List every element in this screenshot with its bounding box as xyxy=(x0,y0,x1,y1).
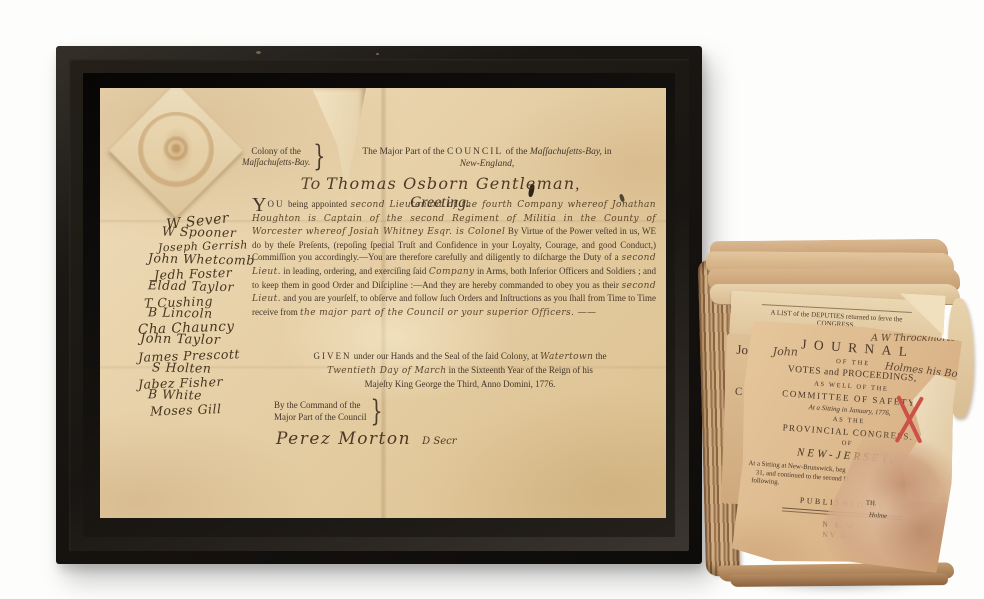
text-segment-print: in xyxy=(602,147,612,157)
text-line: Twentieth Day of March in the Sixteenth … xyxy=(250,364,666,378)
commission-document: Colony of the Maſſachuſetts-Bay. } The M… xyxy=(100,88,666,518)
text-segment-italic: Maſſachuſetts-Bay, xyxy=(530,147,602,157)
black-wood-frame: Colony of the Maſſachuſetts-Bay. } The M… xyxy=(56,46,702,564)
text-segment-print: the xyxy=(593,351,606,361)
text-fragment-th: TH. xyxy=(866,500,877,508)
text-fragment-holme: Holme xyxy=(869,512,888,520)
text-segment-print: The Major Part of the xyxy=(362,147,447,157)
red-x-mark xyxy=(890,393,928,445)
text-line: Majeſty King George the Third, Anno Domi… xyxy=(250,378,666,391)
text-segment-script: Twentieth Day of March xyxy=(327,366,446,376)
text-segment-print: in the Sixteenth Year of the Reign of hi… xyxy=(446,365,592,375)
text-segment-script-lg: Thomas Osborn Gentleman xyxy=(326,174,575,193)
text-segment-print: Majeſty King George the Third, Anno Domi… xyxy=(365,379,556,389)
text-segment-caps: GIVEN xyxy=(313,351,351,361)
owner-inscription-left: John xyxy=(773,345,798,359)
council-heading-line1: The Major Part of the COUNCIL of the Maſ… xyxy=(328,146,646,158)
journal-pamphlet: A LIST of the DEPUTIES returned to ſerve… xyxy=(700,238,972,590)
text-segment-script: the major part of the Council or your su… xyxy=(300,308,596,318)
frame-wear-spot xyxy=(256,51,261,54)
journal-title-page: JOURNAL OF THE VOTES and PROCEEDINGS, AS… xyxy=(731,318,962,573)
colony-heading: Colony of the Maſſachuſetts-Bay. } xyxy=(242,146,325,168)
council-signature: Moses Gill xyxy=(150,400,298,419)
council-heading-line2: New-England, xyxy=(328,158,646,170)
text-segment-caps: COUNCIL xyxy=(447,147,503,157)
secretary-title: D Secr xyxy=(422,436,456,447)
pamphlet-bottom-page xyxy=(730,573,948,587)
text-segment-script: Company xyxy=(429,267,475,277)
colony-line1: Colony of the xyxy=(242,146,310,157)
frame-wear-spot xyxy=(376,53,379,55)
secretary-signature: Perez Morton D Secr xyxy=(276,429,457,449)
brace-glyph: } xyxy=(313,141,325,174)
council-heading: The Major Part of the COUNCIL of the Maſ… xyxy=(328,146,646,170)
text-segment-print: under our Hands and the Seal of the ſaid… xyxy=(351,351,540,361)
brace-glyph: } xyxy=(370,395,382,428)
text-line: GIVEN under our Hands and the Seal of th… xyxy=(250,350,666,364)
text-segment-script: To xyxy=(301,174,326,193)
given-block: GIVEN under our Hands and the Seal of th… xyxy=(250,350,666,391)
council-signatures: W SeverW SpoonerJoseph GerrishJohn Whetc… xyxy=(138,212,298,416)
ghost-letters: C xyxy=(735,386,743,398)
auction-photo-scene: Colony of the Maſſachuſetts-Bay. } The M… xyxy=(0,0,984,599)
commission-body: YOU being appointed second Lieutenant of… xyxy=(252,198,656,319)
text-segment-print: of the xyxy=(503,147,530,157)
colony-line2: Maſſachuſetts-Bay. xyxy=(242,157,310,168)
text-segment-script: Watertown xyxy=(540,352,593,362)
secretary-name: Perez Morton xyxy=(276,429,411,449)
embossed-colonial-paper-seal xyxy=(108,88,244,218)
ghost-letters: Jo xyxy=(736,342,748,358)
text-segment-print: in leading, ordering, and exerciſing ſai… xyxy=(281,266,429,276)
seal-emboss-circle xyxy=(138,112,214,188)
